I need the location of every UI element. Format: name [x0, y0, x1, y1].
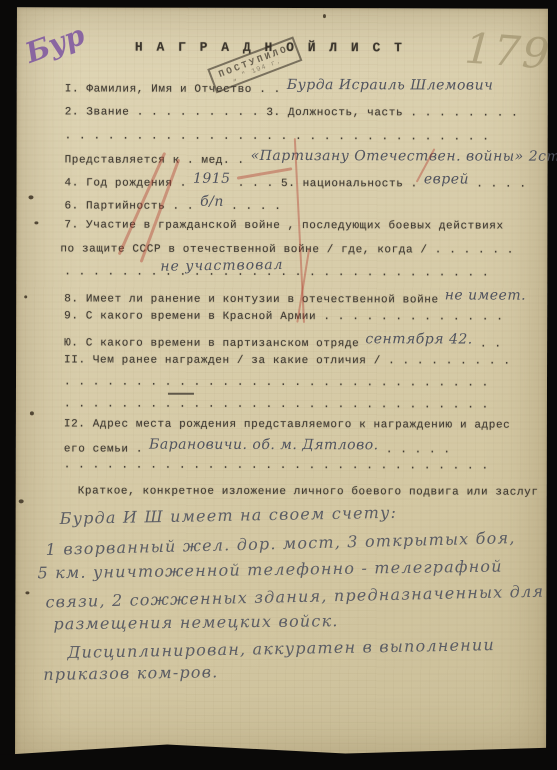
dotted-line: . . . . . . . . . . . . . . . . . . . . …	[64, 459, 489, 472]
paper-speck	[28, 195, 33, 199]
field-name-value: Бурда Исраиль Шлемович	[287, 77, 494, 94]
field-civil-war-line-2: по защите СССР в отечественной войне / г…	[60, 243, 514, 256]
dotted-line: . . . . . . . . . . . . . . . . . . . . …	[65, 130, 490, 143]
field-party-line: 6. Партийность . .б/п . . . .	[64, 196, 281, 213]
paper-speck	[30, 411, 34, 415]
none-dash-mark	[168, 393, 194, 395]
field-nationality-label: . . . 5. национальность .	[238, 178, 418, 190]
summary-handwritten-line-5: размещения немецких войск.	[53, 611, 338, 633]
field-civil-war-answer-line: . . . . . . . . . . . . . . . . . . . . …	[64, 266, 489, 279]
field-wounds-label: 8. Имеет ли ранение и контузии в отечест…	[64, 293, 438, 306]
field-address-value: Барановичи. об. м. Дятлово.	[149, 437, 379, 454]
summary-handwritten-line-6: Дисциплинирован, аккуратен в выполнении	[67, 635, 495, 662]
summary-handwritten-line-1: Бурда И Ш имеет на своем счету:	[60, 503, 398, 528]
field-partisan-since-label: Ю. С какого времени в партизанском отряд…	[64, 337, 359, 350]
dotted-line: . . . . . . . . . . . . . . . . . . . . …	[64, 376, 489, 389]
field-red-army-line: 9. С какого времени в Красной Армии . . …	[64, 310, 503, 323]
field-nationality-value: еврей	[424, 171, 469, 187]
field-wounds-value: не имеет.	[445, 287, 526, 303]
summary-handwritten-line-3: 5 км. уничтоженной телефонно - телеграфн…	[37, 557, 502, 583]
field-birthyear-value: 1915	[193, 171, 231, 187]
field-address-label: его семьи .	[64, 443, 143, 455]
field-wounds-line: 8. Имеет ли ранение и контузии в отечест…	[64, 289, 526, 306]
field-partisan-since-line: Ю. С какого времени в партизанском отряд…	[64, 333, 501, 350]
field-civil-war-value: не участвовал	[160, 257, 283, 275]
field-address-line-2: его семьи .Барановичи. об. м. Дятлово. .…	[64, 439, 451, 456]
field-address-line-1: I2. Адрес места рождения представляемого…	[64, 418, 510, 431]
paper-speck	[34, 221, 38, 224]
field-presented-for-line: Представляется к . мед. .«Партизану Отеч…	[65, 150, 557, 167]
corner-annotation: Бур	[21, 18, 89, 70]
paper-speck	[19, 499, 24, 503]
field-line-trailing-dots: . . . .	[231, 201, 281, 213]
field-party-value: б/п	[200, 194, 224, 210]
field-presented-label: Представляется к . мед. .	[65, 154, 245, 166]
field-prior-awards-line: II. Чем ранее награжден / за какие отлич…	[64, 354, 510, 367]
field-partisan-since-value: сентября 42.	[365, 331, 472, 347]
document-page: Бур 179 Н А Г Р А Д Н О Й Л И С Т ПОСТУП…	[15, 7, 548, 758]
dotted-line: . . . . . . . . . . . . . . . . . . . . …	[64, 398, 489, 411]
field-line-trailing-dots: . .	[480, 339, 502, 351]
summary-header: Краткое, конкретное изложение личного бо…	[78, 485, 539, 498]
field-name-label: I. Фамилия, Имя и Отчество . .	[65, 83, 281, 96]
field-rank-position-line: 2. Звание . . . . . . . . . 3. Должность…	[65, 106, 519, 119]
archive-page-number: 179	[463, 24, 552, 79]
paper-speck	[323, 14, 326, 18]
paper-speck	[25, 591, 29, 594]
summary-handwritten-line-4: связи, 2 сожженных здания, предназначенн…	[45, 582, 544, 612]
field-name-line: I. Фамилия, Имя и Отчество . .Бурда Исра…	[65, 79, 494, 96]
field-party-label: 6. Партийность . .	[64, 200, 194, 212]
summary-handwritten-line-2: 1 взорванный жел. дор. мост, 3 открытых …	[45, 528, 515, 559]
paper-speck	[24, 295, 27, 298]
field-line-trailing-dots: . . . . .	[386, 444, 451, 456]
summary-handwritten-line-7: приказов ком-ров.	[43, 662, 219, 684]
field-line-trailing-dots: . . . .	[476, 179, 526, 191]
